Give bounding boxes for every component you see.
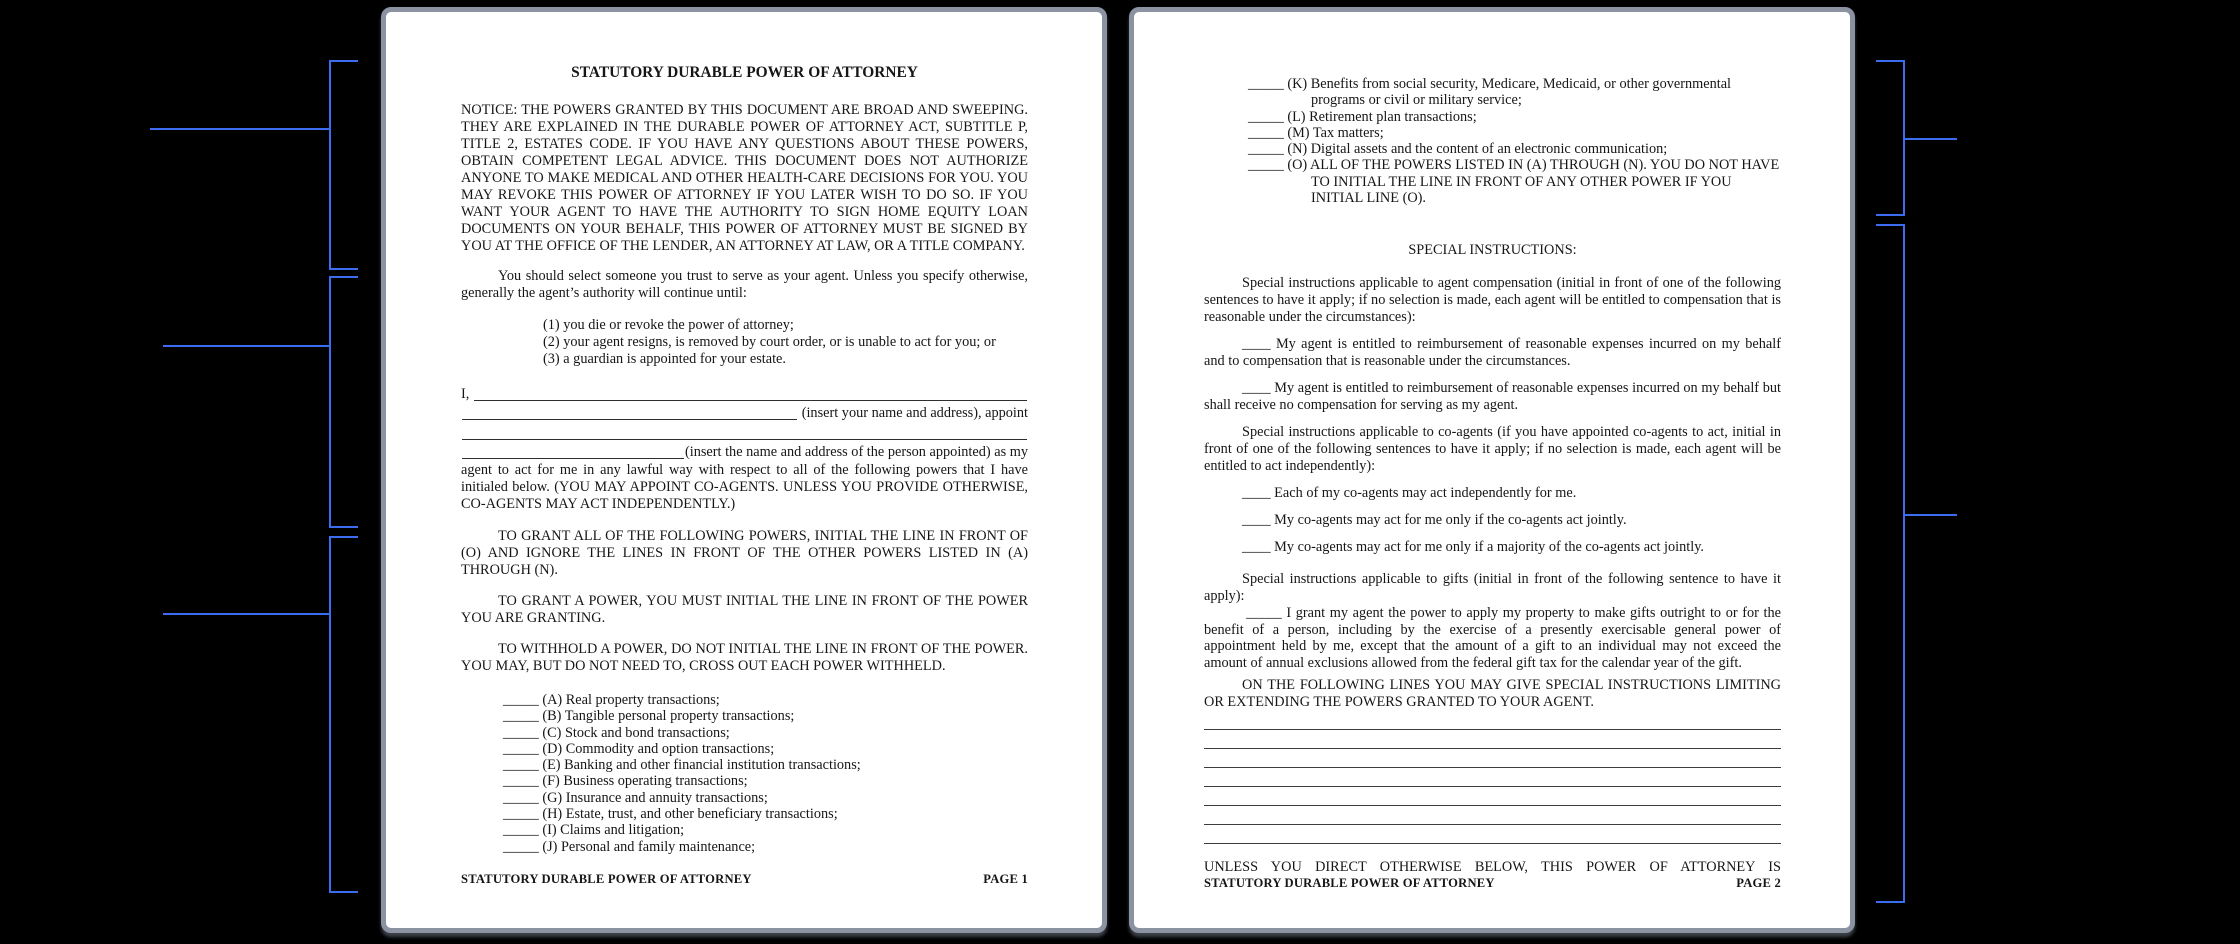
left-bracket-3-top-tick (329, 536, 358, 538)
footer-page-number: PAGE 2 (1736, 875, 1781, 892)
right-callout-line-2 (1905, 514, 1957, 516)
special-instructions-paragraph: ____ My agent is entitled to reimburseme… (1204, 336, 1781, 370)
notice-paragraph: NOTICE: THE POWERS GRANTED BY THIS DOCUM… (461, 102, 1028, 255)
grant-power-paragraph: TO GRANT A POWER, YOU MUST INITIAL THE L… (461, 593, 1028, 627)
fill-in-line: I, (461, 383, 1028, 403)
power-item: _____ (J) Personal and family maintenanc… (503, 839, 1028, 855)
blank-writing-line (1204, 806, 1781, 825)
grant-all-paragraph: TO GRANT ALL OF THE FOLLOWING POWERS, IN… (461, 528, 1028, 579)
special-instructions-paragraph: ____ My agent is entitled to reimburseme… (1204, 380, 1781, 414)
left-bracket-3-vertical (329, 536, 331, 893)
fill-in-blank (462, 457, 684, 459)
power-item: _____ (E) Banking and other financial in… (503, 757, 1028, 773)
power-item: _____ (N) Digital assets and the content… (1248, 141, 1781, 157)
blank-writing-line (1204, 825, 1781, 844)
blank-writing-line (1204, 749, 1781, 768)
left-bracket-2-vertical (329, 276, 331, 528)
fill-in-blank (462, 418, 797, 420)
footer-page-number: PAGE 1 (983, 871, 1028, 888)
left-bracket-1-top-tick (329, 60, 358, 62)
power-item: _____ (L) Retirement plan transactions; (1248, 109, 1781, 125)
appoint-fill-in-block: I, (insert your name and address), appoi… (461, 383, 1028, 461)
special-instructions-paragraph: Special instructions applicable to gifts… (1204, 571, 1781, 605)
special-instructions-paragraph: ON THE FOLLOWING LINES YOU MAY GIVE SPEC… (1204, 677, 1781, 711)
blank-writing-line (1204, 787, 1781, 806)
right-bracket-2-bottom-tick (1876, 901, 1905, 903)
footer-title: STATUTORY DURABLE POWER OF ATTORNEY (1204, 875, 1495, 892)
power-item: _____ (G) Insurance and annuity transact… (503, 790, 1028, 806)
left-bracket-1-bottom-tick (329, 268, 358, 270)
power-item: _____ (B) Tangible personal property tra… (503, 708, 1028, 724)
blank-writing-line (1204, 730, 1781, 749)
special-instructions-paragraph: ____ My co-agents may act for me only if… (1204, 512, 1781, 529)
fill-in-line (461, 422, 1028, 442)
fill-in-blank (462, 438, 1027, 440)
left-callout-line-3 (163, 613, 331, 615)
termination-item: (2) your agent resigns, is removed by co… (543, 334, 1028, 351)
power-item: _____ (K) Benefits from social security,… (1248, 76, 1781, 109)
power-item: _____ (I) Claims and litigation; (503, 822, 1028, 838)
left-callout-line-2 (163, 345, 331, 347)
power-item: _____ (M) Tax matters; (1248, 125, 1781, 141)
blank-writing-line (1204, 768, 1781, 787)
document-title: STATUTORY DURABLE POWER OF ATTORNEY (461, 64, 1028, 81)
fill-in-line: (insert your name and address), appoint (461, 403, 1028, 423)
special-instructions-paragraph: _____ I grant my agent the power to appl… (1204, 605, 1781, 671)
power-item: _____ (D) Commodity and option transacti… (503, 741, 1028, 757)
left-bracket-3-bottom-tick (329, 891, 358, 893)
page1-footer: STATUTORY DURABLE POWER OF ATTORNEY PAGE… (461, 871, 1028, 888)
select-agent-paragraph: You should select someone you trust to s… (461, 268, 1028, 302)
power-item: _____ (F) Business operating transaction… (503, 773, 1028, 789)
fill-line-caption: (insert your name and address), appoint (798, 405, 1028, 422)
power-item: _____ (A) Real property transactions; (503, 692, 1028, 708)
left-bracket-2-top-tick (329, 276, 358, 278)
left-bracket-1-vertical (329, 60, 331, 270)
right-callout-line-1 (1905, 138, 1957, 140)
right-bracket-2-top-tick (1876, 224, 1905, 226)
power-item: _____ (C) Stock and bond transactions; (503, 725, 1028, 741)
ruled-lines (1204, 711, 1781, 844)
page-2: _____ (K) Benefits from social security,… (1129, 7, 1855, 933)
powers-list-a-j: _____ (A) Real property transactions;___… (503, 692, 1028, 855)
fill-line-prefix: I, (461, 386, 473, 403)
special-instructions-heading: SPECIAL INSTRUCTIONS: (1204, 242, 1781, 259)
fill-line-caption: (insert the name and address of the pers… (685, 444, 1028, 461)
right-bracket-2-vertical (1903, 224, 1905, 903)
page2-footer: STATUTORY DURABLE POWER OF ATTORNEY PAGE… (1204, 875, 1781, 892)
unless-paragraph: UNLESS YOU DIRECT OTHERWISE BELOW, THIS … (1204, 859, 1781, 876)
termination-item: (1) you die or revoke the power of attor… (543, 317, 1028, 334)
page-1: STATUTORY DURABLE POWER OF ATTORNEY NOTI… (381, 7, 1107, 933)
power-item: _____ (H) Estate, trust, and other benef… (503, 806, 1028, 822)
special-instructions-paragraph: ____ My co-agents may act for me only if… (1204, 539, 1781, 556)
powers-list-k-o: _____ (K) Benefits from social security,… (1248, 76, 1781, 206)
special-instructions-paragraph: Special instructions applicable to co-ag… (1204, 424, 1781, 475)
power-item: _____ (O) ALL OF THE POWERS LISTED IN (A… (1248, 157, 1781, 206)
special-instructions-paragraph: Special instructions applicable to agent… (1204, 275, 1781, 326)
special-instructions-paragraph: ____ Each of my co-agents may act indepe… (1204, 485, 1781, 502)
right-bracket-1-top-tick (1876, 60, 1905, 62)
blank-writing-line (1204, 711, 1781, 730)
appoint-tail-paragraph: agent to act for me in any lawful way wi… (461, 462, 1028, 513)
special-instructions-paragraphs: Special instructions applicable to agent… (1204, 275, 1781, 711)
fill-in-blank (474, 399, 1027, 401)
termination-list: (1) you die or revoke the power of attor… (543, 317, 1028, 368)
withhold-power-paragraph: TO WITHHOLD A POWER, DO NOT INITIAL THE … (461, 641, 1028, 675)
footer-title: STATUTORY DURABLE POWER OF ATTORNEY (461, 871, 752, 888)
left-callout-line-1 (150, 128, 331, 130)
right-bracket-1-bottom-tick (1876, 214, 1905, 216)
fill-in-line: (insert the name and address of the pers… (461, 442, 1028, 462)
termination-item: (3) a guardian is appointed for your est… (543, 351, 1028, 368)
left-bracket-2-bottom-tick (329, 526, 358, 528)
